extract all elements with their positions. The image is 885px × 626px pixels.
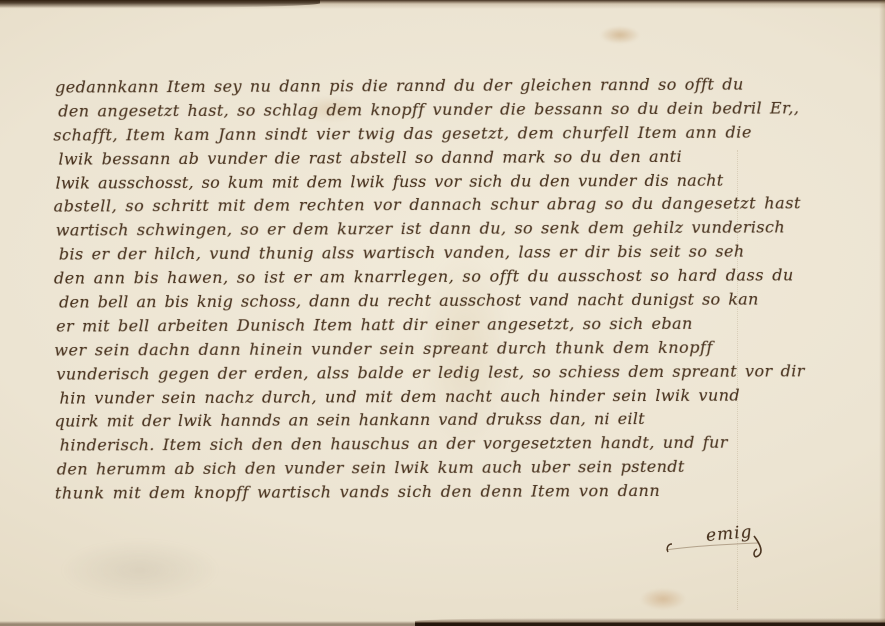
manuscript-line: quirk mit der lwik hannds an sein hankan… xyxy=(55,407,787,434)
page-right-edge-shade xyxy=(879,0,885,626)
manuscript-line: bis er der hilch, vund thunig alss warti… xyxy=(59,240,786,267)
manuscript-line: er mit bell arbeiten Dunisch Item hatt d… xyxy=(56,311,786,338)
manuscript-text-block: gedannkann Item sey nu dann pis die rann… xyxy=(55,72,787,505)
manuscript-line: thunk mit dem knopff wartisch vands sich… xyxy=(55,479,787,506)
manuscript-line: den herumm ab sich den vunder sein lwik … xyxy=(57,455,787,482)
page-bottom-edge-shadow-right xyxy=(415,618,885,626)
paper-stain xyxy=(60,540,220,600)
manuscript-line: hinderisch. Item sich den den hauschus a… xyxy=(60,431,787,458)
manuscript-line: wartisch schwingen, so er dem kurzer ist… xyxy=(56,216,786,243)
manuscript-photo: gedannkann Item sey nu dann pis die rann… xyxy=(0,0,885,626)
paper-stain xyxy=(600,26,640,44)
manuscript-line: gedannkann Item sey nu dann pis die rann… xyxy=(55,72,785,99)
manuscript-line: schafft, Item kam Jann sindt vier twig d… xyxy=(53,120,785,147)
manuscript-line: lwik bessann ab vunder die rast abstell … xyxy=(58,144,785,171)
signature-mark: emig xyxy=(662,522,792,570)
manuscript-line: wer sein dachn dann hinein vunder sein s… xyxy=(54,335,786,362)
manuscript-line: den angesetzt hast, so schlag dem knopff… xyxy=(58,96,785,123)
signature-word: emig xyxy=(705,522,753,546)
manuscript-line: den ann bis hawen, so ist er am knarrleg… xyxy=(54,264,786,291)
manuscript-line: hin vunder sein nachz durch, und mit dem… xyxy=(59,383,786,410)
manuscript-line: den bell an bis knig schoss, dann du rec… xyxy=(59,287,786,314)
manuscript-line: lwik ausschosst, so kum mit dem lwik fus… xyxy=(55,168,785,195)
page-bottom-edge-shadow-left xyxy=(0,621,480,626)
manuscript-line: abstell, so schritt mit dem rechten vor … xyxy=(54,192,786,219)
manuscript-line: vunderisch gegen der erden, alss balde e… xyxy=(56,359,786,386)
paper-stain xyxy=(640,588,686,610)
